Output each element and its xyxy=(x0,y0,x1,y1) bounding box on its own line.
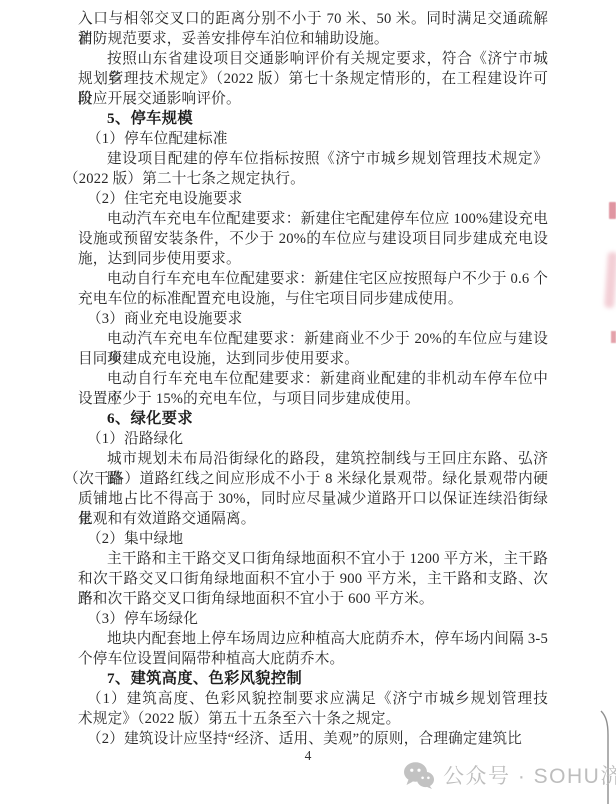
wechat-icon xyxy=(404,762,434,789)
text-line: 电动汽车充电车位配建要求：新建住宅配建停车位应 100%建设充电 xyxy=(78,209,548,229)
text-line: 段应开展交通影响评价。 xyxy=(78,89,548,109)
text-line: 入口与相邻交叉口的距离分别不小于 70 米、50 米。同时满足交通疏解和 xyxy=(78,9,548,29)
section-heading: 5、停车规模 xyxy=(78,109,548,129)
text-line: （1）沿路绿化 xyxy=(78,429,548,449)
document-page: 入口与相邻交叉口的距离分别不小于 70 米、50 米。同时满足交通疏解和 消防规… xyxy=(0,0,616,804)
section-heading: 7、建筑高度、色彩风貌控制 xyxy=(78,669,548,689)
text-line: （2022 版）第二十七条之规定执行。 xyxy=(64,169,548,189)
text-line: 电动自行车充电车位配建要求：新建住宅区应按照每户不少于 0.6 个 xyxy=(78,269,548,289)
stamp-fragment-icon xyxy=(611,331,616,343)
text-line: 规划管理技术规定》（2022 版）第七十条规定情形的，在工程建设许可阶 xyxy=(78,69,548,89)
text-line: 地块内配套地上停车场周边应种植高大庇荫乔木，停车场内间隔 3-5 xyxy=(78,629,548,649)
text-content: 入口与相邻交叉口的距离分别不小于 70 米、50 米。同时满足交通疏解和 消防规… xyxy=(78,9,548,749)
stamp-fragment-icon xyxy=(609,202,616,219)
text-line: 电动汽车充电车位配建要求：新建商业不少于 20%的车位应与建设项 xyxy=(78,329,548,349)
text-line: （3）商业充电设施要求 xyxy=(78,309,548,329)
text-line: 城市规划未布局沿街绿化的路段，建筑控制线与王回庄东路、弘济路 xyxy=(78,449,548,469)
text-line: （2）建筑设计应坚持“经济、适用、美观”的原则，合理确定建筑比 xyxy=(78,729,548,749)
text-line: 施，达到同步使用要求。 xyxy=(78,249,548,269)
text-line: 目同步建成充电设施，达到同步使用要求。 xyxy=(78,349,548,369)
text-line: 和次干路交叉口街角绿地面积不宜小于 900 平方米，主干路和支路、次干 xyxy=(78,569,548,589)
text-line: 消防规范要求，妥善安排停车泊位和辅助设施。 xyxy=(78,29,548,49)
text-line: 景观和有效道路交通隔离。 xyxy=(78,509,548,529)
watermark: 公众号 · SOHU济宁 xyxy=(404,760,616,790)
text-line: （2）集中绿地 xyxy=(78,529,548,549)
text-line: 电动自行车充电车位配建要求：新建商业配建的非机动车停车位中应 xyxy=(78,369,548,389)
text-line: 个停车位设置间隔带种植高大庇荫乔木。 xyxy=(78,649,548,669)
text-line: 路和次干路交叉口街角绿地面积不宜小于 600 平方米。 xyxy=(78,589,548,609)
text-line: 按照山东省建设项目交通影响评价有关规定要求，符合《济宁市城乡 xyxy=(78,49,548,69)
text-line: 建设项目配建的停车位指标按照《济宁市城乡规划管理技术规定》 xyxy=(78,149,548,169)
section-heading: 6、绿化要求 xyxy=(78,409,548,429)
text-line: （2）住宅充电设施要求 xyxy=(78,189,548,209)
text-line: 质铺地占比不得高于 30%，同时应尽量减少道路开口以保证连续沿街绿化 xyxy=(78,489,548,509)
text-line: （次干路）道路红线之间应形成不小于 8 米绿化景观带。绿化景观带内硬 xyxy=(64,469,548,489)
text-line: （1）停车位配建标准 xyxy=(78,129,548,149)
text-line: 术规定》（2022 版）第五十五条至六十条之规定。 xyxy=(78,709,548,729)
stamp-fragment-icon xyxy=(604,252,616,309)
text-line: 主干路和主干路交叉口街角绿地面积不宜小于 1200 平方米，主干路 xyxy=(78,549,548,569)
text-line: （1）建筑高度、色彩风貌控制要求应满足《济宁市城乡规划管理技 xyxy=(78,689,548,709)
watermark-text: 公众号 · SOHU济宁 xyxy=(443,760,616,790)
text-line: 设置不少于 15%的充电车位，与项目同步建成使用。 xyxy=(78,389,548,409)
text-line: 充电车位的标准配置充电设施，与住宅项目同步建成使用。 xyxy=(78,289,548,309)
text-line: （3）停车场绿化 xyxy=(78,609,548,629)
text-line: 设施或预留安装条件，不少于 20%的车位应与建设项目同步建成充电设 xyxy=(78,229,548,249)
